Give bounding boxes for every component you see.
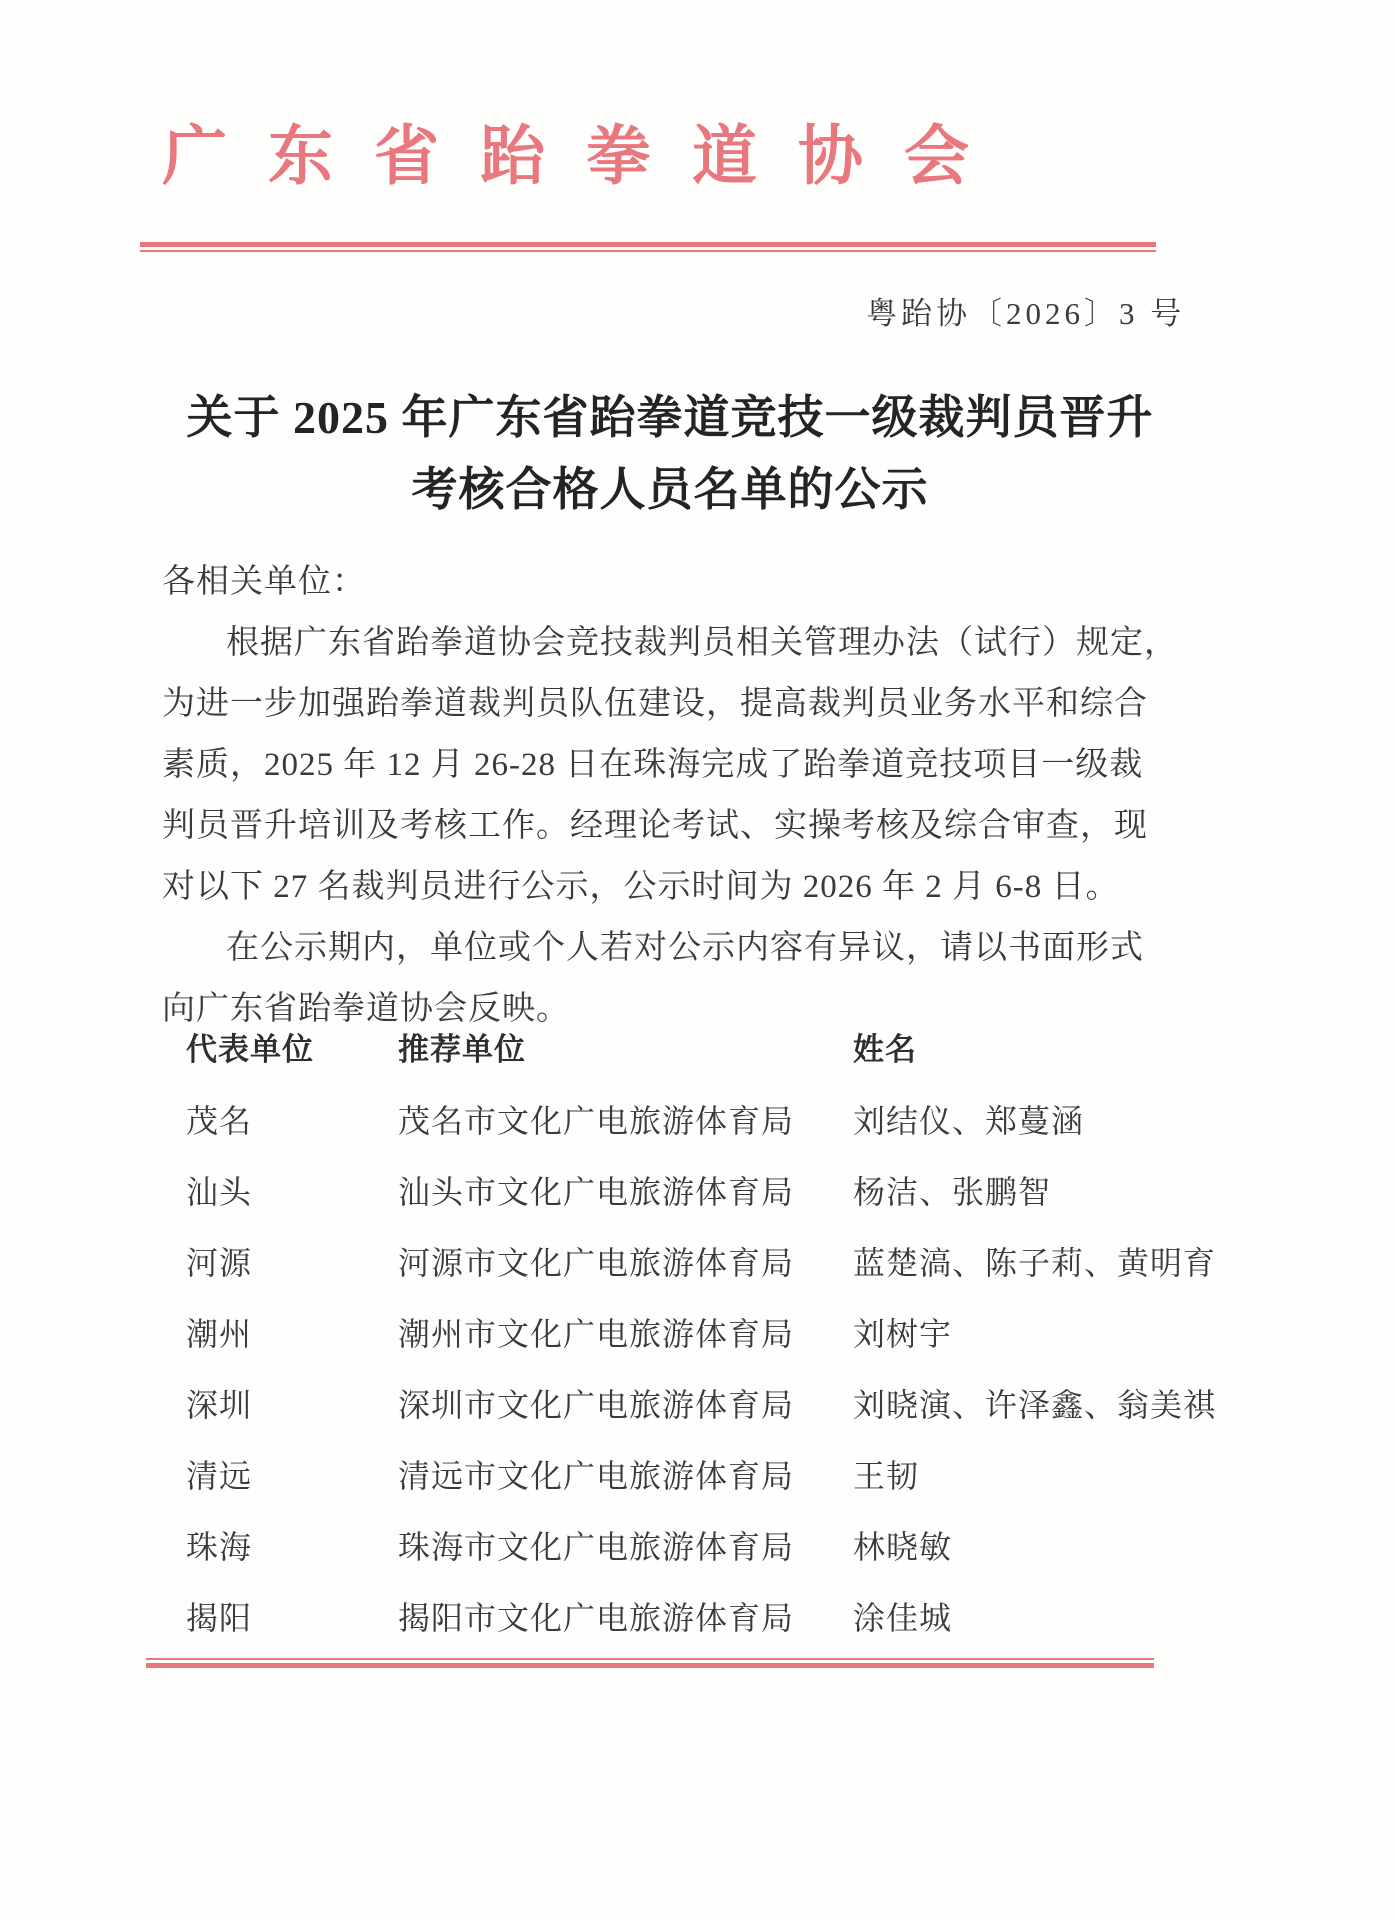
body-line: 为进一步加强跆拳道裁判员队伍建设，提高裁判员业务水平和综合 [162,674,1157,735]
body-line: 判员晋升培训及考核工作。经理论考试、实操考核及综合审查，现 [162,796,1157,857]
table-cell-recommender: 珠海市文化广电旅游体育局 [398,1527,853,1567]
table-cell-names: 刘晓演、许泽鑫、翁美祺 [853,1385,1216,1425]
table-cell-recommender: 潮州市文化广电旅游体育局 [398,1314,853,1354]
table-cell-recommender: 茂名市文化广电旅游体育局 [398,1101,853,1141]
table-cell-recommender: 河源市文化广电旅游体育局 [398,1243,853,1283]
table-cell-names: 林晓敏 [853,1527,1216,1567]
table-cell-region: 揭阳 [186,1598,398,1638]
roster-table: 代表单位 推荐单位 姓名 茂名 茂名市文化广电旅游体育局 刘结仪、郑蔓涵 汕头 … [186,1030,1196,1669]
column-header-recommender: 推荐单位 [398,1030,853,1070]
table-cell-recommender: 汕头市文化广电旅游体育局 [398,1172,853,1212]
header-divider-thick-bar [140,242,1156,247]
table-cell-region: 深圳 [186,1385,398,1425]
table-cell-names: 杨洁、张鹏智 [853,1172,1216,1212]
table-cell-names: 刘树宇 [853,1314,1216,1354]
table-cell-region: 汕头 [186,1172,398,1212]
table-cell-region: 珠海 [186,1527,398,1567]
body-line: 对以下 27 名裁判员进行公示，公示时间为 2026 年 2 月 6-8 日。 [162,857,1157,918]
header-divider [140,242,1156,252]
body-line: 素质，2025 年 12 月 26-28 日在珠海完成了跆拳道竞技项目一级裁 [162,735,1157,796]
org-name-heading: 广东省跆拳道协会 [162,118,1010,196]
body-line: 根据广东省跆拳道协会竞技裁判员相关管理办法（试行）规定， [162,613,1157,674]
column-header-region: 代表单位 [186,1030,398,1070]
table-cell-recommender: 深圳市文化广电旅游体育局 [398,1385,853,1425]
document-title-line-2: 考核合格人员名单的公示 [170,454,1170,526]
document-title: 关于 2025 年广东省跆拳道竞技一级裁判员晋升 考核合格人员名单的公示 [170,382,1170,526]
table-cell-region: 潮州 [186,1314,398,1354]
footer-divider-thin-bar [146,1658,1154,1660]
salutation: 各相关单位： [162,552,1157,613]
footer-divider-thick-bar [146,1663,1154,1668]
table-cell-region: 茂名 [186,1101,398,1141]
table-cell-names: 涂佳城 [853,1598,1216,1638]
header-divider-thin-bar [140,250,1156,252]
doc-number: 粤跆协〔2026〕3 号 [866,288,1185,333]
table-cell-region: 清远 [186,1456,398,1496]
column-header-names: 姓名 [853,1030,1216,1070]
document-body: 各相关单位： 根据广东省跆拳道协会竞技裁判员相关管理办法（试行）规定， 为进一步… [162,552,1157,1040]
document-title-line-1: 关于 2025 年广东省跆拳道竞技一级裁判员晋升 [170,382,1170,454]
table-cell-names: 王韧 [853,1456,1216,1496]
table-cell-names: 蓝楚滈、陈子莉、黄明育 [853,1243,1216,1283]
table-cell-region: 河源 [186,1243,398,1283]
footer-divider [146,1658,1154,1668]
document-page: 广东省跆拳道协会 粤跆协〔2026〕3 号 关于 2025 年广东省跆拳道竞技一… [0,0,1395,1920]
table-cell-recommender: 清远市文化广电旅游体育局 [398,1456,853,1496]
table-cell-names: 刘结仪、郑蔓涵 [853,1101,1216,1141]
table-cell-recommender: 揭阳市文化广电旅游体育局 [398,1598,853,1638]
body-line: 在公示期内，单位或个人若对公示内容有异议，请以书面形式 [162,918,1157,979]
